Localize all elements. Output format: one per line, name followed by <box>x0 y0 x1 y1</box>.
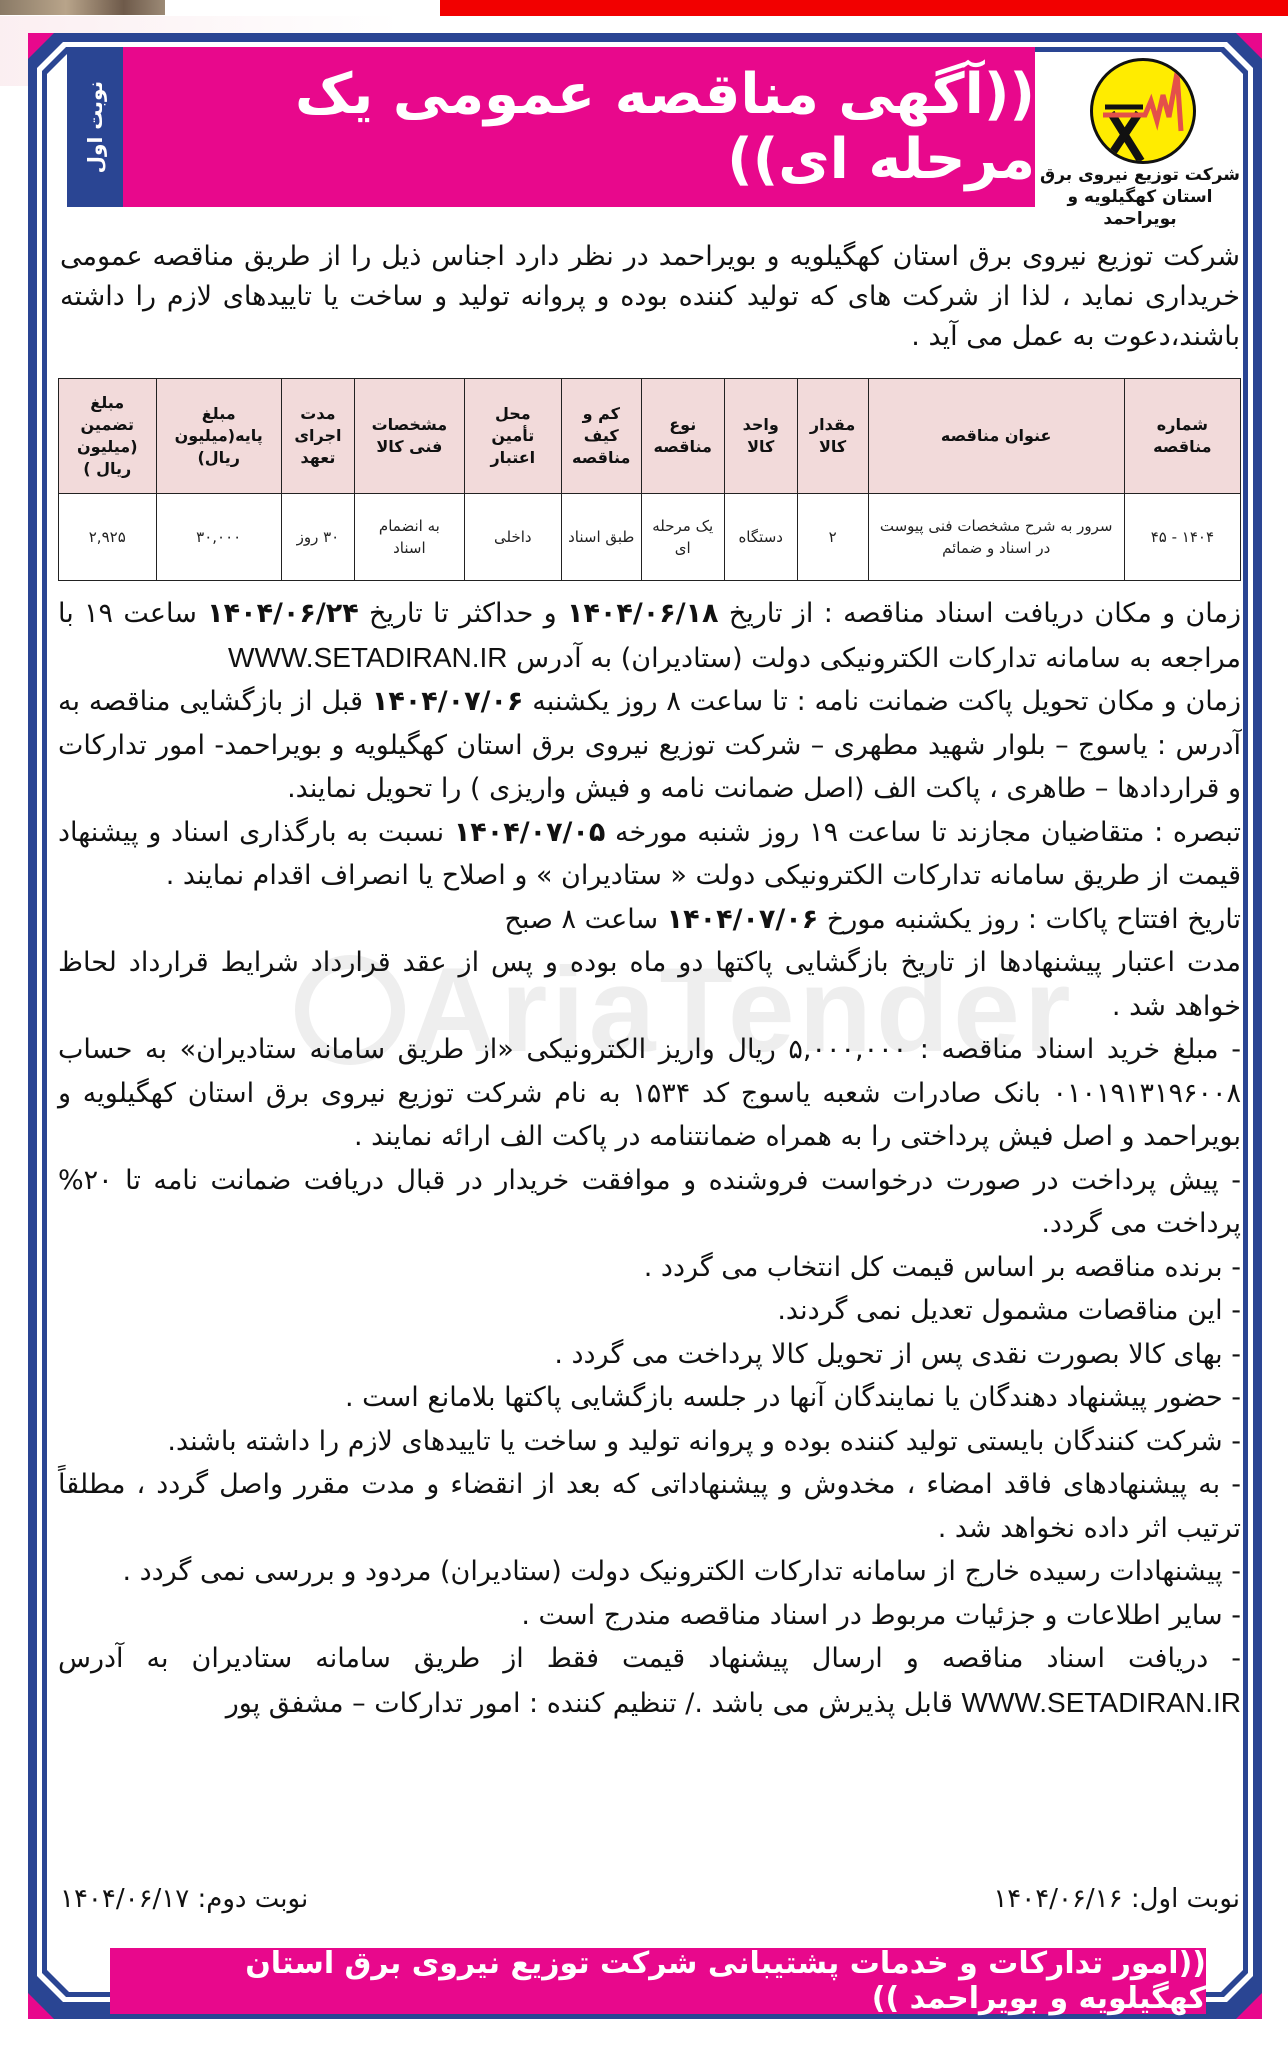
setadiran-link-2[interactable]: WWW.SETADIRAN.IR <box>962 1687 1241 1718</box>
opening-date: ۱۴۰۴/۰۷/۰۶ <box>667 904 819 935</box>
note-paragraph: تبصره : متقاضیان مجازند تا ساعت ۱۹ روز ش… <box>58 811 1241 898</box>
bullet-item: - پیشنهادات رسیده خارج از سامانه تدارکات… <box>58 1550 1241 1594</box>
note-date: ۱۴۰۴/۰۷/۰۵ <box>454 817 606 848</box>
docs-date-from: ۱۴۰۴/۰۶/۱۸ <box>567 598 719 629</box>
first-publication-label: نوبت اول: <box>1131 1884 1240 1914</box>
last-text: - دریافت اسناد مناقصه و ارسال پیشنهاد قی… <box>58 1643 1241 1674</box>
guarantee-paragraph: زمان و مکان تحویل پاکت ضمانت نامه : تا س… <box>58 680 1241 811</box>
second-publication-label: نوبت دوم: <box>198 1884 309 1914</box>
bullet-item: - پیش پرداخت در صورت درخواست فروشنده و م… <box>58 1159 1241 1246</box>
bullet-item: - سایر اطلاعات و جزئیات مربوط در اسناد م… <box>58 1594 1241 1638</box>
bullet-item: - شرکت کنندگان بایستی تولید کننده بوده و… <box>58 1420 1241 1464</box>
last-text-2: قابل پذیرش می باشد ./ تنظیم کننده : امور… <box>226 1688 962 1719</box>
logo-caption-line2: استان کهگیلویه و بویراحمد <box>1040 186 1240 230</box>
first-publication-date: ۱۴۰۴/۰۶/۱۶ <box>993 1884 1122 1914</box>
opening-text-2: ساعت ۸ صبح <box>504 904 666 935</box>
second-publication: نوبت دوم: ۱۴۰۴/۰۶/۱۷ <box>60 1884 308 1914</box>
docs-time-text-2: و حداکثر تا تاریخ <box>359 598 567 629</box>
bullet-item: - برنده مناقصه بر اساس قیمت کل انتخاب می… <box>58 1246 1241 1290</box>
tender-table: شماره مناقصه عنوان مناقصه مقدار کالا واح… <box>58 378 1241 581</box>
bullet-item: - بهای کالا بصورت نقدی پس از تحویل کالا … <box>58 1333 1241 1377</box>
cell-duration: ۳۰ روز <box>281 494 354 581</box>
docs-time-text: زمان و مکان دریافت اسناد مناقصه : از تار… <box>719 598 1241 629</box>
bullet-item: - این مناقصات مشمول تعدیل نمی گردند. <box>58 1289 1241 1333</box>
nobat-label: نوبت اول <box>83 81 107 173</box>
table-row: ۱۴۰۴ - ۴۵ سرور به شرح مشخصات فنی پیوست د… <box>59 494 1241 581</box>
opening-text: تاریخ افتتاح پاکات : روز یکشنبه مورخ <box>818 904 1241 935</box>
col-tender-title: عنوان مناقصه <box>868 379 1124 494</box>
setadiran-link[interactable]: WWW.SETADIRAN.IR <box>228 642 507 673</box>
cell-unit: دستگاه <box>724 494 797 581</box>
col-base-amount: مبلغ پایه(میلیون ریال) <box>156 379 281 494</box>
cell-quantity: ۲ <box>797 494 868 581</box>
publication-dates: نوبت اول: ۱۴۰۴/۰۶/۱۶ نوبت دوم: ۱۴۰۴/۰۶/۱… <box>60 1884 1240 1924</box>
nobat-vertical-tab: نوبت اول <box>67 47 123 207</box>
company-logo: شرکت توزیع نیروی برق استان کهگیلویه و بو… <box>1040 52 1240 222</box>
bullet-item: - حضور پیشنهاد دهندگان یا نمایندگان آنها… <box>58 1376 1241 1420</box>
col-funding-source: محل تأمین اعتبار <box>464 379 561 494</box>
last-paragraph: - دریافت اسناد مناقصه و ارسال پیشنهاد قی… <box>58 1637 1241 1725</box>
col-duration: مدت اجرای تعهد <box>281 379 354 494</box>
bullet-item: - به پیشنهادهای فاقد امضاء ، مخدوش و پیش… <box>58 1463 1241 1550</box>
col-tech-specs: مشخصات فنی کالا <box>354 379 464 494</box>
logo-caption: شرکت توزیع نیروی برق استان کهگیلویه و بو… <box>1040 164 1240 230</box>
cell-funding-source: داخلی <box>464 494 561 581</box>
cell-tech-specs: به انضمام اسناد <box>354 494 464 581</box>
logo-caption-line1: شرکت توزیع نیروی برق <box>1040 164 1240 186</box>
cell-base-amount: ۳۰,۰۰۰ <box>156 494 281 581</box>
col-quality: کم و کیف مناقصه <box>561 379 641 494</box>
top-red-bar <box>440 0 1288 16</box>
note-text: تبصره : متقاضیان مجازند تا ساعت ۱۹ روز ش… <box>605 817 1241 848</box>
col-tender-number: شماره مناقصه <box>1124 379 1240 494</box>
first-publication: نوبت اول: ۱۴۰۴/۰۶/۱۶ <box>993 1884 1240 1914</box>
footer-banner: ((امور تدارکات و خدمات پشتیبانی شرکت توز… <box>110 1948 1206 2014</box>
guarantee-date: ۱۴۰۴/۰۷/۰۶ <box>372 686 524 717</box>
top-photo-strip <box>0 0 165 15</box>
validity-paragraph: مدت اعتبار پیشنهادها از تاریخ بازگشایی پ… <box>58 941 1241 1028</box>
tender-body: زمان و مکان دریافت اسناد مناقصه : از تار… <box>58 592 1241 1725</box>
col-guarantee-amount: مبلغ تضمین (میلیون ریال ) <box>59 379 157 494</box>
col-tender-type: نوع مناقصه <box>641 379 724 494</box>
opening-paragraph: تاریخ افتتاح پاکات : روز یکشنبه مورخ ۱۴۰… <box>58 898 1241 942</box>
guarantee-text: زمان و مکان تحویل پاکت ضمانت نامه : تا س… <box>523 686 1241 717</box>
col-unit: واحد کالا <box>724 379 797 494</box>
col-quantity: مقدار کالا <box>797 379 868 494</box>
cell-tender-title: سرور به شرح مشخصات فنی پیوست در اسناد و … <box>868 494 1124 581</box>
title-banner: ((آگهی مناقصه عمومی یک مرحله ای)) <box>123 47 1035 207</box>
cell-tender-number: ۱۴۰۴ - ۴۵ <box>1124 494 1240 581</box>
table-header-row: شماره مناقصه عنوان مناقصه مقدار کالا واح… <box>59 379 1241 494</box>
cell-quality: طبق اسناد <box>561 494 641 581</box>
cell-tender-type: یک مرحله ای <box>641 494 724 581</box>
purchase-paragraph: - مبلغ خرید اسناد مناقصه : ۵,۰۰۰,۰۰۰ ریا… <box>58 1028 1241 1159</box>
intro-paragraph: شرکت توزیع نیروی برق استان کهگیلویه و بو… <box>60 237 1240 357</box>
docs-time-paragraph: زمان و مکان دریافت اسناد مناقصه : از تار… <box>58 592 1241 680</box>
cell-guarantee-amount: ۲,۹۲۵ <box>59 494 157 581</box>
page-title: ((آگهی مناقصه عمومی یک مرحله ای)) <box>123 62 1035 192</box>
power-tower-lightning-icon <box>1090 58 1196 164</box>
second-publication-date: ۱۴۰۴/۰۶/۱۷ <box>60 1884 189 1914</box>
docs-date-to: ۱۴۰۴/۰۶/۲۴ <box>207 598 359 629</box>
footer-text: ((امور تدارکات و خدمات پشتیبانی شرکت توز… <box>110 1946 1206 2016</box>
